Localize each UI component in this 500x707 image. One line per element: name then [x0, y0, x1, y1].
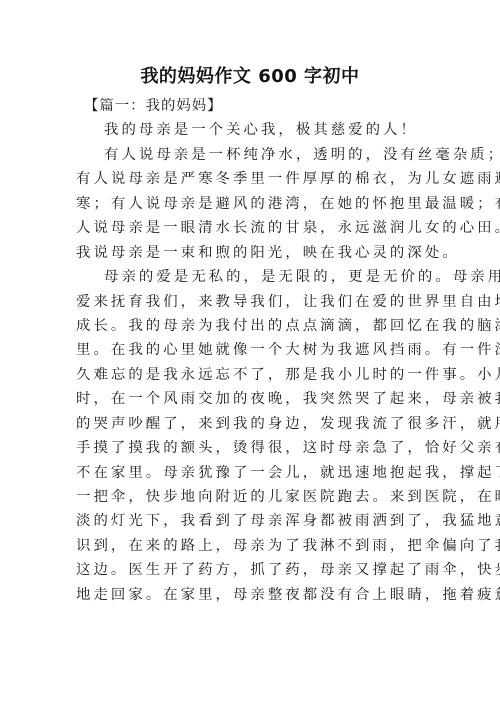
text-line: 淡的灯光下，我看到了母亲浑身都被雨洒到了，我猛地意	[76, 509, 428, 533]
text-line: 地走回家。在家里，母亲整夜都没有合上眼睛，拖着疲惫	[76, 583, 428, 607]
text-line: 这边。医生开了药方，抓了药，母亲又撑起了雨伞，快步	[76, 558, 428, 582]
text-line: 成长。我的母亲为我付出的点点滴滴，都回忆在我的脑海	[76, 314, 428, 338]
document-page: 我的妈妈作文 600 字初中 【篇一：我的妈妈】 我的母亲是一个关心我，极其慈爱…	[0, 0, 500, 707]
text-line: 人说母亲是一眼清水长流的甘泉，永远滋润儿女的心田。	[76, 216, 428, 240]
text-line: 有人说母亲是严寒冬季里一件厚厚的棉衣，为儿女遮雨避	[76, 167, 428, 191]
section-heading: 【篇一：我的妈妈】	[76, 94, 428, 118]
text-line: 里。在我的心里她就像一个大树为我遮风挡雨。有一件深	[76, 338, 428, 362]
text-line: 不在家里。母亲犹豫了一会儿，就迅速地抱起我，撑起了	[76, 461, 428, 485]
document-title: 我的妈妈作文 600 字初中	[0, 62, 500, 88]
text-line: 母亲的爱是无私的，是无限的，更是无价的。母亲用	[76, 265, 428, 289]
text-line: 时，在一个风雨交加的夜晚，我突然哭了起来，母亲被我	[76, 387, 428, 411]
document-body: 【篇一：我的妈妈】 我的母亲是一个关心我，极其慈爱的人！有人说母亲是一杯纯净水，…	[76, 94, 428, 607]
text-line: 识到，在来的路上，母亲为了我淋不到雨，把伞偏向了我	[76, 534, 428, 558]
text-line: 我的母亲是一个关心我，极其慈爱的人！	[76, 118, 428, 142]
text-line: 的哭声吵醒了，来到我的身边，发现我流了很多汗，就用	[76, 412, 428, 436]
paragraph-lines: 我的母亲是一个关心我，极其慈爱的人！有人说母亲是一杯纯净水，透明的，没有丝毫杂质…	[76, 118, 428, 607]
text-line: 我说母亲是一束和煦的阳光，映在我心灵的深处。	[76, 241, 428, 265]
text-line: 有人说母亲是一杯纯净水，透明的，没有丝毫杂质；	[76, 143, 428, 167]
text-line: 寒；有人说母亲是避风的港湾，在她的怀抱里最温暖；有	[76, 192, 428, 216]
text-line: 爱来抚育我们，来教导我们，让我们在爱的世界里自由地	[76, 290, 428, 314]
text-line: 手摸了摸我的额头，烫得很，这时母亲急了，恰好父亲有	[76, 436, 428, 460]
text-line: 一把伞，快步地向附近的儿家医院跑去。来到医院，在暗	[76, 485, 428, 509]
text-line: 久难忘的是我永远忘不了，那是我小儿时的一件事。小儿	[76, 363, 428, 387]
